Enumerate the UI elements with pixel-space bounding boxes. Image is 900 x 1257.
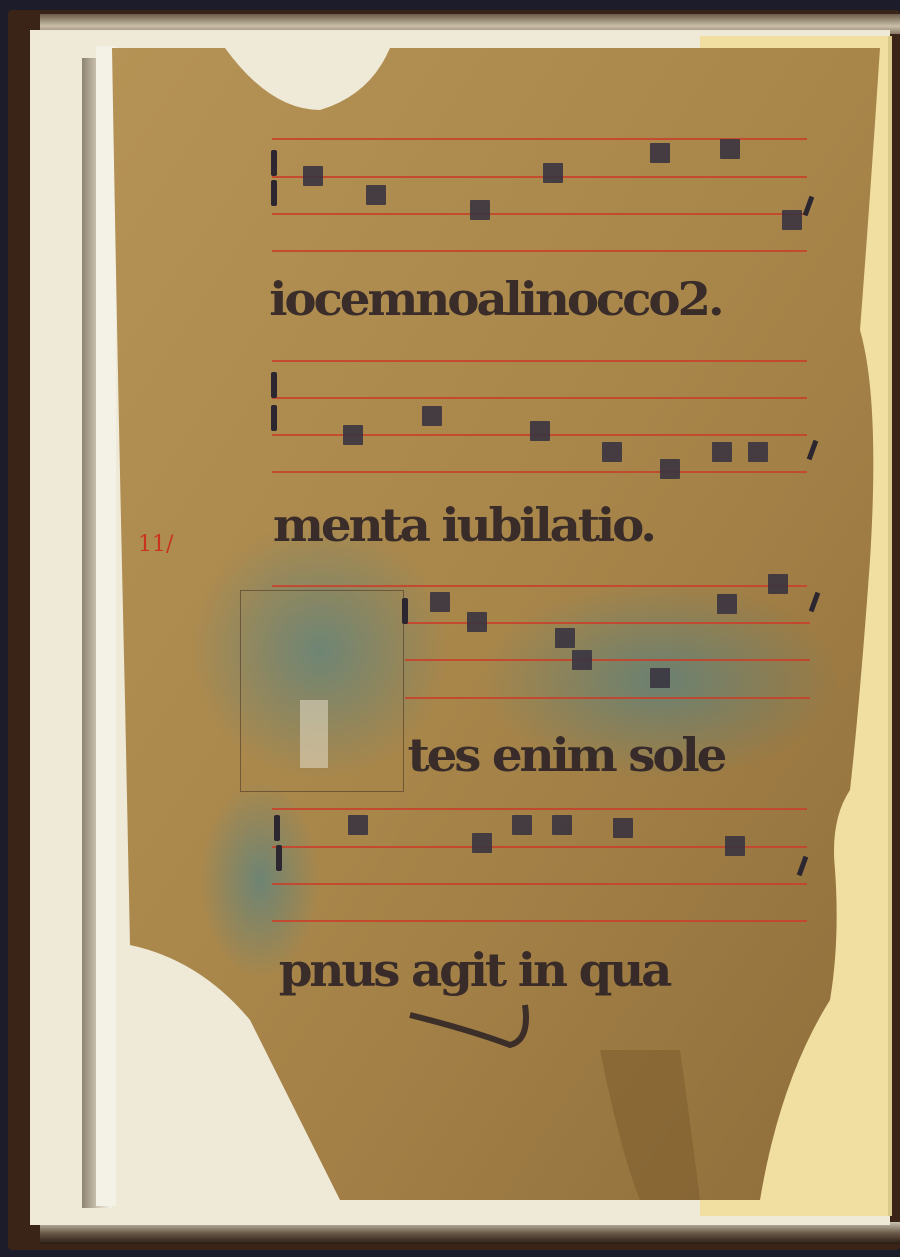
parchment-fragment: iocemnoalinocco2. menta iubilatio. 11/ t…	[0, 0, 900, 1257]
descender-flourish	[0, 0, 900, 1257]
